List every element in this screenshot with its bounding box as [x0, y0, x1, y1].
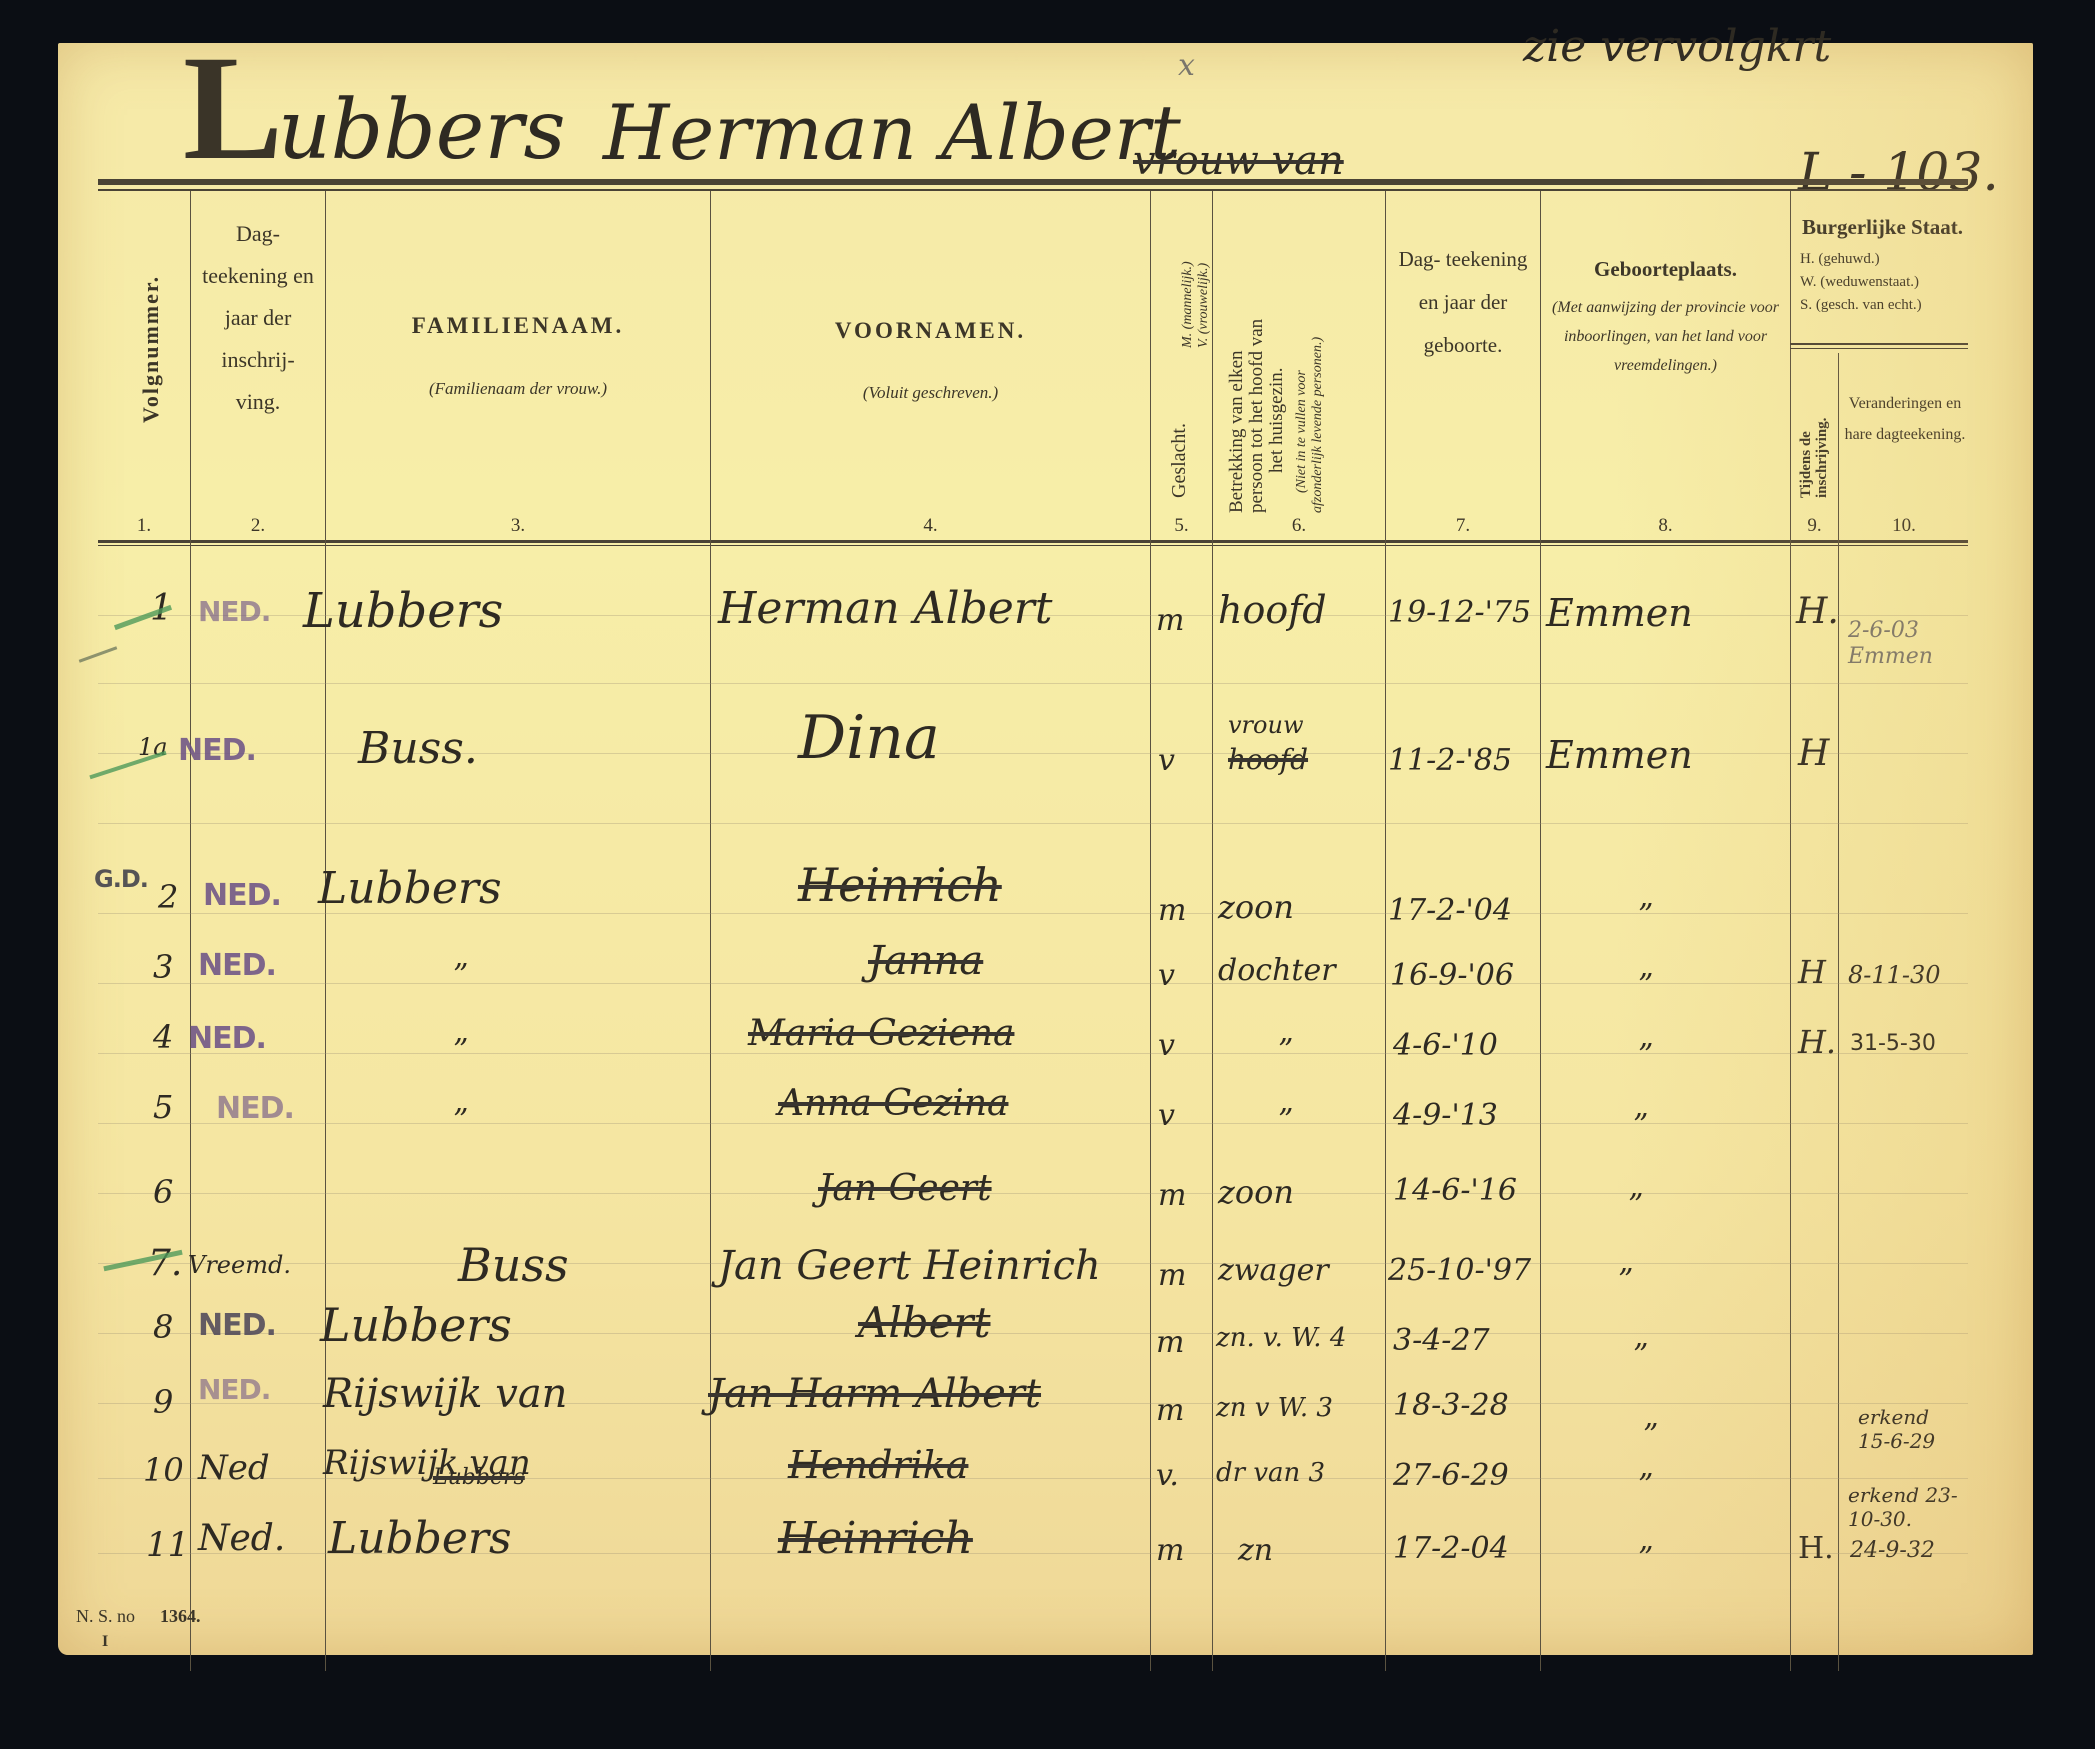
- surname: Lubbers: [318, 863, 502, 914]
- sex: v: [1158, 1028, 1175, 1063]
- changes: erkend 23-10-30.: [1848, 1483, 1958, 1531]
- birth-place: Emmen: [1546, 591, 1693, 635]
- civil-status: H: [1798, 953, 1826, 991]
- header-bottom-rule: [98, 540, 1968, 543]
- col-divider-6: [1385, 191, 1386, 1671]
- staat-title: Burgerlijke Staat.: [1795, 215, 1970, 240]
- given-names: Jan Geert Heinrich: [718, 1243, 1101, 1289]
- row-number: 4: [153, 1018, 173, 1056]
- relation-struck: hoofd: [1228, 743, 1308, 776]
- birth-date: 4-6-'10: [1393, 1028, 1498, 1063]
- birth-date: 19-12-'75: [1388, 595, 1531, 630]
- relation: zoon: [1218, 888, 1294, 926]
- birth-date: 11-2-'85: [1388, 743, 1512, 778]
- sex: v: [1158, 1098, 1175, 1133]
- relation: ”: [1278, 1033, 1293, 1068]
- col4-subheader: (Voluit geschreven.): [711, 380, 1150, 406]
- birth-date: 14-6-'16: [1393, 1173, 1517, 1208]
- col8-header: Geboorteplaats.: [1543, 253, 1788, 286]
- nationality-stamp: NED.: [203, 878, 281, 913]
- birth-place: ”: [1638, 1038, 1653, 1073]
- changes: 2-6-03 Emmen: [1848, 618, 1958, 670]
- col6-header-line3: het huisgezin.: [1266, 367, 1288, 473]
- staat-s: S. (gesch. van echt.): [1800, 294, 1922, 316]
- given-names: Heinrich: [778, 1513, 973, 1564]
- surname-struck: Lubbers: [433, 1465, 525, 1490]
- col9-number: 9.: [1791, 511, 1838, 540]
- relation: zoon: [1218, 1173, 1294, 1211]
- surname: ”: [453, 1033, 468, 1068]
- row-number: 5: [153, 1088, 173, 1126]
- col3-header: FAMILIENAAM.: [326, 308, 710, 344]
- row-number: 11: [146, 1525, 189, 1565]
- col6-header-line2: persoon tot het hoofd van: [1246, 319, 1268, 513]
- birth-place: ”: [1633, 1338, 1648, 1373]
- birth-date: 3-4-27: [1393, 1323, 1490, 1358]
- given-names: Jan Harm Albert: [708, 1371, 1041, 1417]
- top-mark: x: [1178, 48, 1195, 83]
- col7-number: 7.: [1386, 511, 1540, 540]
- birth-place: ”: [1643, 1418, 1658, 1453]
- col-divider-5: [1212, 191, 1213, 1671]
- col-divider-7: [1540, 191, 1541, 1671]
- nationality-stamp: NED.: [198, 948, 276, 983]
- surname: Buss.: [358, 723, 478, 774]
- row-number: 10: [143, 1451, 184, 1489]
- given-names: Jan Geert: [818, 1168, 992, 1209]
- birth-place: ”: [1628, 1188, 1643, 1223]
- col5-header: Geslacht.: [1168, 423, 1191, 498]
- col2-header: Dag- teekening en jaar der inschrij- vin…: [198, 213, 318, 423]
- writing-line: [98, 983, 1968, 984]
- relation: zwager: [1218, 1253, 1329, 1288]
- relation: dochter: [1218, 953, 1336, 988]
- col3-subheader: (Familienaam der vrouw.): [326, 376, 710, 402]
- civil-status: H.: [1798, 1023, 1836, 1061]
- staat-w: W. (weduwenstaat.): [1800, 271, 1919, 293]
- civil-status: H.: [1798, 1531, 1834, 1566]
- given-names: Maria Geziena: [748, 1013, 1014, 1054]
- col5-number: 5.: [1151, 511, 1212, 540]
- birth-date: 16-9-'06: [1390, 958, 1514, 993]
- col2-number: 2.: [191, 511, 325, 540]
- relation: hoofd: [1218, 588, 1327, 632]
- top-note: zie vervolgkrt: [1523, 21, 1831, 72]
- given-names: Herman Albert: [718, 583, 1053, 634]
- form-number-label: N. S. no: [76, 1606, 135, 1627]
- col-divider-1: [190, 191, 191, 1671]
- title-initial: L: [183, 33, 283, 183]
- surname: Lubbers: [303, 583, 503, 639]
- header-bottom-rule-thin: [98, 545, 1968, 546]
- birth-place: ”: [1638, 968, 1653, 1003]
- surname: ”: [453, 958, 468, 993]
- col9-header-line1: Tijdens de: [1798, 431, 1815, 498]
- given-names: Dina: [798, 703, 940, 773]
- birth-date: 27-6-29: [1393, 1458, 1509, 1493]
- sex: m: [1158, 893, 1186, 928]
- nationality-stamp: NED.: [198, 1373, 270, 1406]
- staat-h: H. (gehuwd.): [1800, 248, 1880, 270]
- nationality-stamp: NED.: [198, 595, 270, 628]
- writing-line: [98, 1193, 1968, 1194]
- pencil-mark: [79, 646, 118, 662]
- row-number: 3: [153, 948, 173, 986]
- relation: ”: [1278, 1103, 1293, 1138]
- writing-line: [98, 1053, 1968, 1054]
- nationality-stamp: NED.: [216, 1091, 294, 1126]
- birth-place: ”: [1638, 898, 1653, 933]
- surname: Buss: [458, 1238, 569, 1292]
- sex: m: [1156, 1533, 1184, 1568]
- form-sheet: I: [102, 1633, 108, 1651]
- header-top-rule: [98, 179, 1968, 185]
- col1-number: 1.: [98, 511, 190, 540]
- col-divider-8: [1790, 191, 1791, 1671]
- changes: 31-5-30: [1850, 1031, 1936, 1056]
- given-names: Anna Gezina: [778, 1083, 1008, 1124]
- relation: zn v W. 3: [1216, 1393, 1333, 1423]
- birth-date: 18-3-28: [1393, 1388, 1509, 1423]
- nationality-note: Vreemd.: [188, 1251, 291, 1279]
- col6-number: 6.: [1213, 511, 1385, 540]
- nationality-stamp: NED.: [178, 733, 256, 768]
- sex: v.: [1156, 1458, 1179, 1493]
- sex: m: [1158, 1258, 1186, 1293]
- col10-number: 10.: [1839, 511, 1969, 540]
- writing-line: [98, 1123, 1968, 1124]
- relation: zn: [1238, 1533, 1273, 1568]
- birth-place: ”: [1638, 1541, 1653, 1576]
- col6-header-line1: Betrekking van elken: [1226, 350, 1248, 513]
- col6-sub-line1: (Niet in te vullen voor: [1294, 370, 1310, 493]
- nationality-stamp: NED.: [188, 1021, 266, 1056]
- title-given-names: Herman Albert: [603, 88, 1181, 177]
- civil-status: H.: [1796, 591, 1839, 632]
- birth-date: 25-10-'97: [1388, 1253, 1531, 1288]
- birth-place: ”: [1618, 1263, 1633, 1298]
- col9-header-line2: inschrijving.: [1814, 418, 1831, 498]
- col5-sub-m: M. (mannelijk.): [1180, 261, 1196, 348]
- row-number: 9: [153, 1383, 173, 1421]
- form-number-value: 1364.: [160, 1606, 201, 1627]
- birth-date: 17-2-'04: [1388, 893, 1512, 928]
- sex: v: [1158, 743, 1175, 778]
- row-prefix-stamp: G.D.: [94, 865, 148, 893]
- row-number: 7.: [148, 1243, 182, 1284]
- row-number: 6: [153, 1173, 173, 1211]
- col10-header: Veranderingen en hare dagteekening.: [1841, 388, 1969, 450]
- writing-line: [98, 683, 1968, 684]
- birth-date: 17-2-04: [1393, 1531, 1509, 1566]
- staat-sub-rule: [1790, 343, 1968, 345]
- civil-status: H: [1798, 733, 1829, 774]
- nationality-note: Ned.: [198, 1518, 285, 1559]
- relation: dr van 3: [1216, 1458, 1325, 1488]
- changes: 24-9-32: [1850, 1538, 1935, 1563]
- nationality-stamp: NED.: [198, 1308, 276, 1343]
- birth-place: ”: [1638, 1468, 1653, 1503]
- surname: ”: [453, 1103, 468, 1138]
- surname: Rijswijk van: [323, 1371, 567, 1417]
- sex: m: [1158, 1178, 1186, 1213]
- relation: vrouw: [1228, 711, 1303, 739]
- surname: Lubbers: [320, 1298, 512, 1352]
- col4-number: 4.: [711, 511, 1150, 540]
- col1-header: Volgnummer.: [138, 275, 164, 423]
- sex: m: [1156, 1325, 1184, 1360]
- col6-sub-line2: afzonderlijk levende personen.): [1310, 337, 1326, 513]
- staat-sub-rule-thin: [1790, 348, 1968, 349]
- col-divider-9: [1838, 353, 1839, 1671]
- relation: zn. v. W. 4: [1216, 1323, 1346, 1353]
- given-names: Janna: [868, 938, 983, 984]
- header-top-rule-thin: [98, 189, 1968, 191]
- sex: v: [1158, 958, 1175, 993]
- col8-subheader: (Met aanwijzing der provincie voor inboo…: [1548, 293, 1783, 380]
- col5-sub-v: V. (vrouwelijk.): [1196, 263, 1212, 348]
- col7-header: Dag- teekening en jaar der geboorte.: [1388, 238, 1538, 367]
- given-names: Hendrika: [788, 1443, 968, 1487]
- changes: 8-11-30: [1848, 961, 1941, 989]
- card-code: L - 103.: [1798, 143, 1999, 203]
- birth-place: Emmen: [1546, 733, 1693, 777]
- col4-header: VOORNAMEN.: [711, 313, 1150, 349]
- nationality-note: Ned: [198, 1448, 270, 1488]
- sex: m: [1156, 603, 1184, 638]
- surname: Lubbers: [328, 1513, 512, 1564]
- title-surname: ubbers: [278, 83, 566, 178]
- row-number: 2: [158, 878, 178, 916]
- writing-line: [98, 823, 1968, 824]
- given-names: Albert: [858, 1298, 990, 1347]
- registry-card: L ubbers Herman Albert vrouw van x zie v…: [58, 43, 2033, 1655]
- row-number: 8: [153, 1308, 173, 1346]
- col-divider-3: [710, 191, 711, 1671]
- col8-number: 8.: [1541, 511, 1790, 540]
- changes: erkend 15-6-29: [1858, 1405, 1958, 1453]
- green-pencil-mark: [89, 751, 166, 780]
- col-divider-4: [1150, 191, 1151, 1671]
- sex: m: [1156, 1393, 1184, 1428]
- given-names: Heinrich: [798, 858, 1002, 912]
- birth-place: ”: [1633, 1108, 1648, 1143]
- title-struck-text: vrouw van: [1133, 138, 1344, 184]
- birth-date: 4-9-'13: [1393, 1098, 1498, 1133]
- col3-number: 3.: [326, 511, 710, 540]
